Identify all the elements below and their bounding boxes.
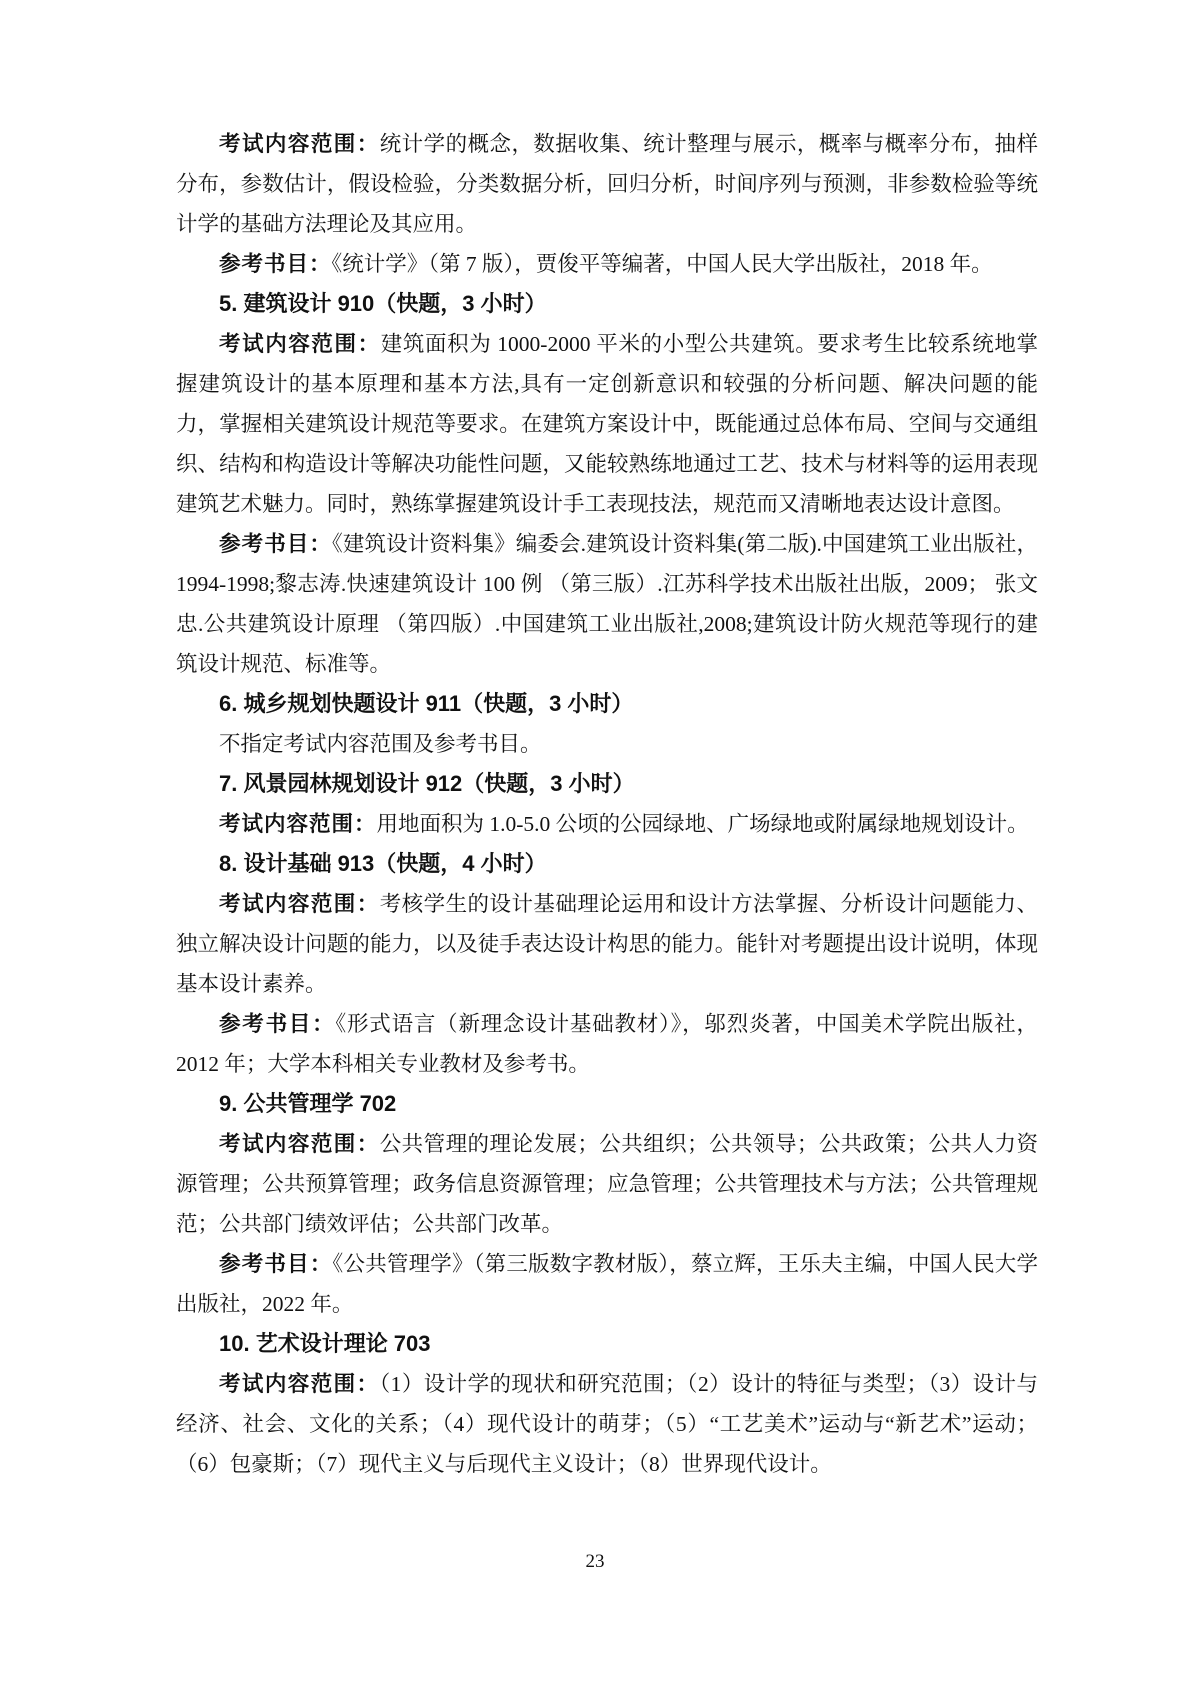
exam-scope-label: 考试内容范围： — [219, 1372, 379, 1396]
exam-scope-label: 考试内容范围： — [219, 132, 380, 156]
reference-books-paragraph: 参考书目：《公共管理学》（第三版数字教材版），蔡立辉，王乐夫主编，中国人民大学出… — [176, 1244, 1038, 1324]
exam-scope-paragraph: 考试内容范围：考核学生的设计基础理论运用和设计方法掌握、分析设计问题能力、独立解… — [176, 884, 1038, 1004]
exam-scope-paragraph: 考试内容范围：建筑面积为 1000-2000 平米的小型公共建筑。要求考生比较系… — [176, 324, 1038, 524]
paragraph-text: 不指定考试内容范围及参考书目。 — [219, 732, 542, 756]
exam-scope-paragraph: 考试内容范围：（1）设计学的现状和研究范围；（2）设计的特征与类型；（3）设计与… — [176, 1364, 1038, 1484]
paragraph-text: 用地面积为 1.0-5.0 公顷的公园绿地、广场绿地或附属绿地规划设计。 — [377, 812, 1029, 836]
section-heading-8: 8. 设计基础 913（快题，4 小时） — [176, 844, 1038, 884]
reference-books-label: 参考书目： — [219, 1012, 335, 1036]
exam-scope-label: 考试内容范围： — [219, 332, 381, 356]
exam-scope-paragraph: 考试内容范围：公共管理的理论发展；公共组织；公共领导；公共政策；公共人力资源管理… — [176, 1124, 1038, 1244]
section-heading-9: 9. 公共管理学 702 — [176, 1084, 1038, 1124]
section-heading-10: 10. 艺术设计理论 703 — [176, 1324, 1038, 1364]
exam-scope-paragraph: 考试内容范围：用地面积为 1.0-5.0 公顷的公园绿地、广场绿地或附属绿地规划… — [176, 804, 1038, 844]
reference-books-paragraph: 参考书目：《建筑设计资料集》编委会.建筑设计资料集(第二版).中国建筑工业出版社… — [176, 524, 1038, 684]
page-number: 23 — [0, 1548, 1190, 1576]
reference-books-paragraph: 参考书目：《形式语言（新理念设计基础教材）》，邬烈炎著，中国美术学院出版社，20… — [176, 1004, 1038, 1084]
reference-books-label: 参考书目： — [219, 252, 332, 276]
section-heading-6: 6. 城乡规划快题设计 911（快题，3 小时） — [176, 684, 1038, 724]
document-page: 考试内容范围：统计学的概念，数据收集、统计整理与展示，概率与概率分布，抽样分布，… — [0, 0, 1190, 1683]
exam-scope-paragraph: 考试内容范围：统计学的概念，数据收集、统计整理与展示，概率与概率分布，抽样分布，… — [176, 124, 1038, 244]
reference-books-paragraph: 参考书目：《统计学》（第 7 版），贾俊平等编著，中国人民大学出版社，2018 … — [176, 244, 1038, 284]
reference-books-label: 参考书目： — [219, 1252, 333, 1276]
exam-scope-label: 考试内容范围： — [219, 812, 377, 836]
exam-scope-label: 考试内容范围： — [219, 1132, 380, 1156]
paragraph-text: 《统计学》（第 7 版），贾俊平等编著，中国人民大学出版社，2018 年。 — [332, 252, 993, 276]
note-paragraph: 不指定考试内容范围及参考书目。 — [176, 724, 1038, 764]
exam-scope-label: 考试内容范围： — [219, 892, 380, 916]
page-content: 考试内容范围：统计学的概念，数据收集、统计整理与展示，概率与概率分布，抽样分布，… — [176, 124, 1038, 1484]
section-heading-5: 5. 建筑设计 910（快题，3 小时） — [176, 284, 1038, 324]
section-heading-7: 7. 风景园林规划设计 912（快题，3 小时） — [176, 764, 1038, 804]
paragraph-text: 建筑面积为 1000-2000 平米的小型公共建筑。要求考生比较系统地掌握建筑设… — [176, 332, 1038, 516]
reference-books-label: 参考书目： — [219, 532, 332, 556]
